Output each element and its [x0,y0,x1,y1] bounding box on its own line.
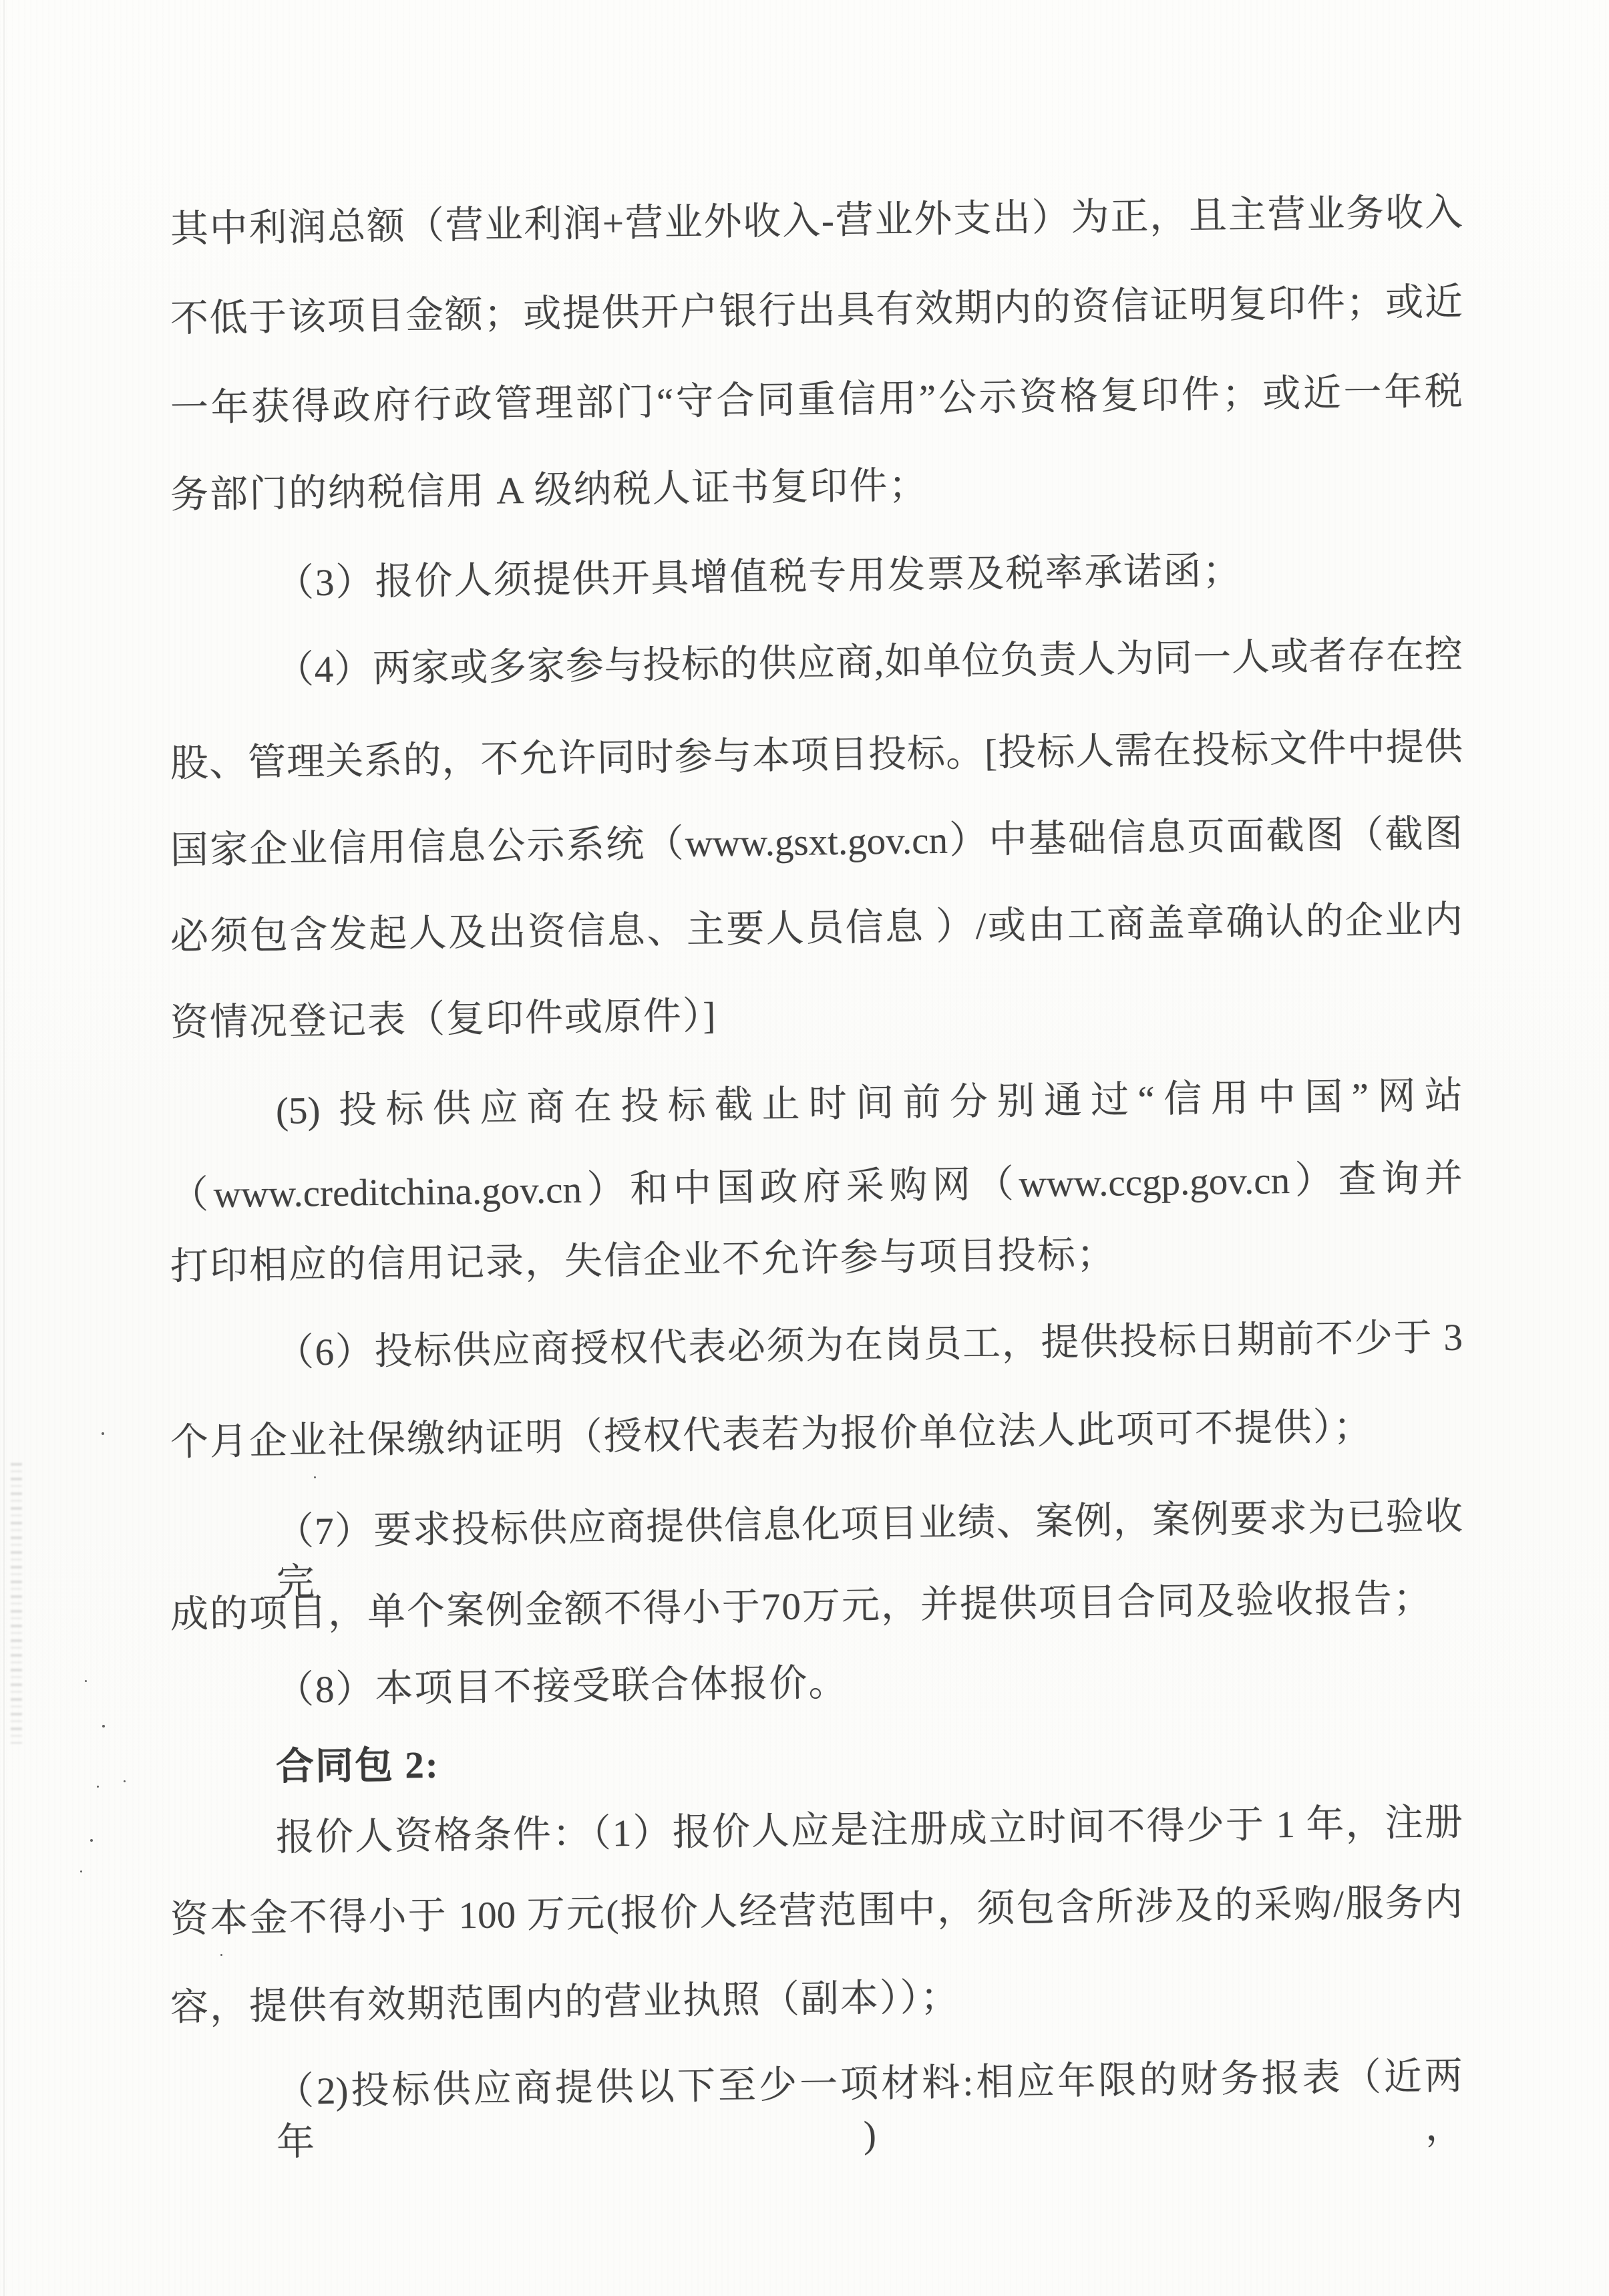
text-line-22: 容，提供有效期范围内的营业执照（副本））； [170,1966,1463,2033]
scan-artifact-speck [97,1786,99,1788]
text-line-16: （7）要求投标供应商提供信息化项目业绩、案例，案例要求为已验收完 [170,1492,1463,1559]
scan-artifact-speck [85,1680,87,1682]
text-line-4: 务部门的纳税信用 A 级纳税人证书复印件； [170,454,1463,521]
text-line-12: （www.creditchina.gov.cn）和中国政府采购网（www.ccg… [170,1154,1463,1221]
scan-artifact-speck [102,1725,105,1728]
text-line-11: (5) 投标供应商在投标截止时间前分别通过“信用中国”网站 [170,1071,1463,1138]
scan-artifact-speck [314,1476,316,1478]
text-line-14: （6）投标供应商授权代表必须为在岗员工，提供投标日期前不少于 3 [170,1313,1463,1380]
text-line-19: 合同包 2: [170,1727,1463,1794]
text-line-20: 报价人资格条件：（1）报价人应是注册成立时间不得少于 1 年，注册 [170,1798,1463,1865]
scan-edge-artifact [3,0,5,2296]
scan-artifact-speck [80,1870,82,1872]
text-line-6: （4）两家或多家参与投标的供应商,如单位负责人为同一人或者存在控 [170,630,1463,697]
text-line-15: 个月企业社保缴纳证明（授权代表若为报价单位法人此项可不提供）； [170,1401,1463,1468]
scan-artifact-speck [102,1432,104,1435]
text-line-17: 成的项目，单个案例金额不得小于70万元，并提供项目合同及验收报告； [170,1573,1463,1641]
text-line-23: （2)投标供应商提供以下至少一项材料:相应年限的财务报表（近两年)， [170,2052,1463,2119]
text-line-13: 打印相应的信用记录，失信企业不允许参与项目投标； [170,1225,1463,1293]
document-text-block: 其中利润总额（营业利润+营业外收入-营业外支出）为正，且主营业务收入不低于该项目… [170,0,1463,2296]
scan-artifact-speck [124,1780,126,1782]
document-page: 其中利润总额（营业利润+营业外收入-营业外支出）为正，且主营业务收入不低于该项目… [0,0,1609,2296]
text-line-9: 必须包含发起人及出资信息、主要人员信息 ）/或由工商盖章确认的企业内 [170,895,1463,963]
text-line-3: 一年获得政府行政管理部门“守合同重信用”公示资格复印件；或近一年税 [170,367,1463,434]
text-line-10: 资情况登记表（复印件或原件）] [170,981,1463,1049]
text-line-5: （3）报价人须提供开具增值税专用发票及税率承诺函； [170,543,1463,611]
scan-artifact-speck [90,1839,93,1842]
text-line-7: 股、管理关系的，不允许同时参与本项目投标。[投标人需在投标文件中提供 [170,722,1463,790]
text-line-18: （8）本项目不接受联合体报价。 [170,1650,1463,1717]
text-line-21: 资本金不得小于 100 万元(报价人经营范围中，须包含所涉及的采购/服务内 [170,1878,1463,1945]
text-line-2: 不低于该项目金额；或提供开户银行出具有效期内的资信证明复印件；或近 [170,277,1463,345]
scan-artifact-bleed-strip [11,1463,22,1744]
text-line-8: 国家企业信用信息公示系统（www.gsxt.gov.cn）中基础信息页面截图（截… [170,809,1463,876]
text-line-1: 其中利润总额（营业利润+营业外收入-营业外支出）为正，且主营业务收入 [170,188,1463,255]
scan-artifact-speck [220,1954,222,1956]
